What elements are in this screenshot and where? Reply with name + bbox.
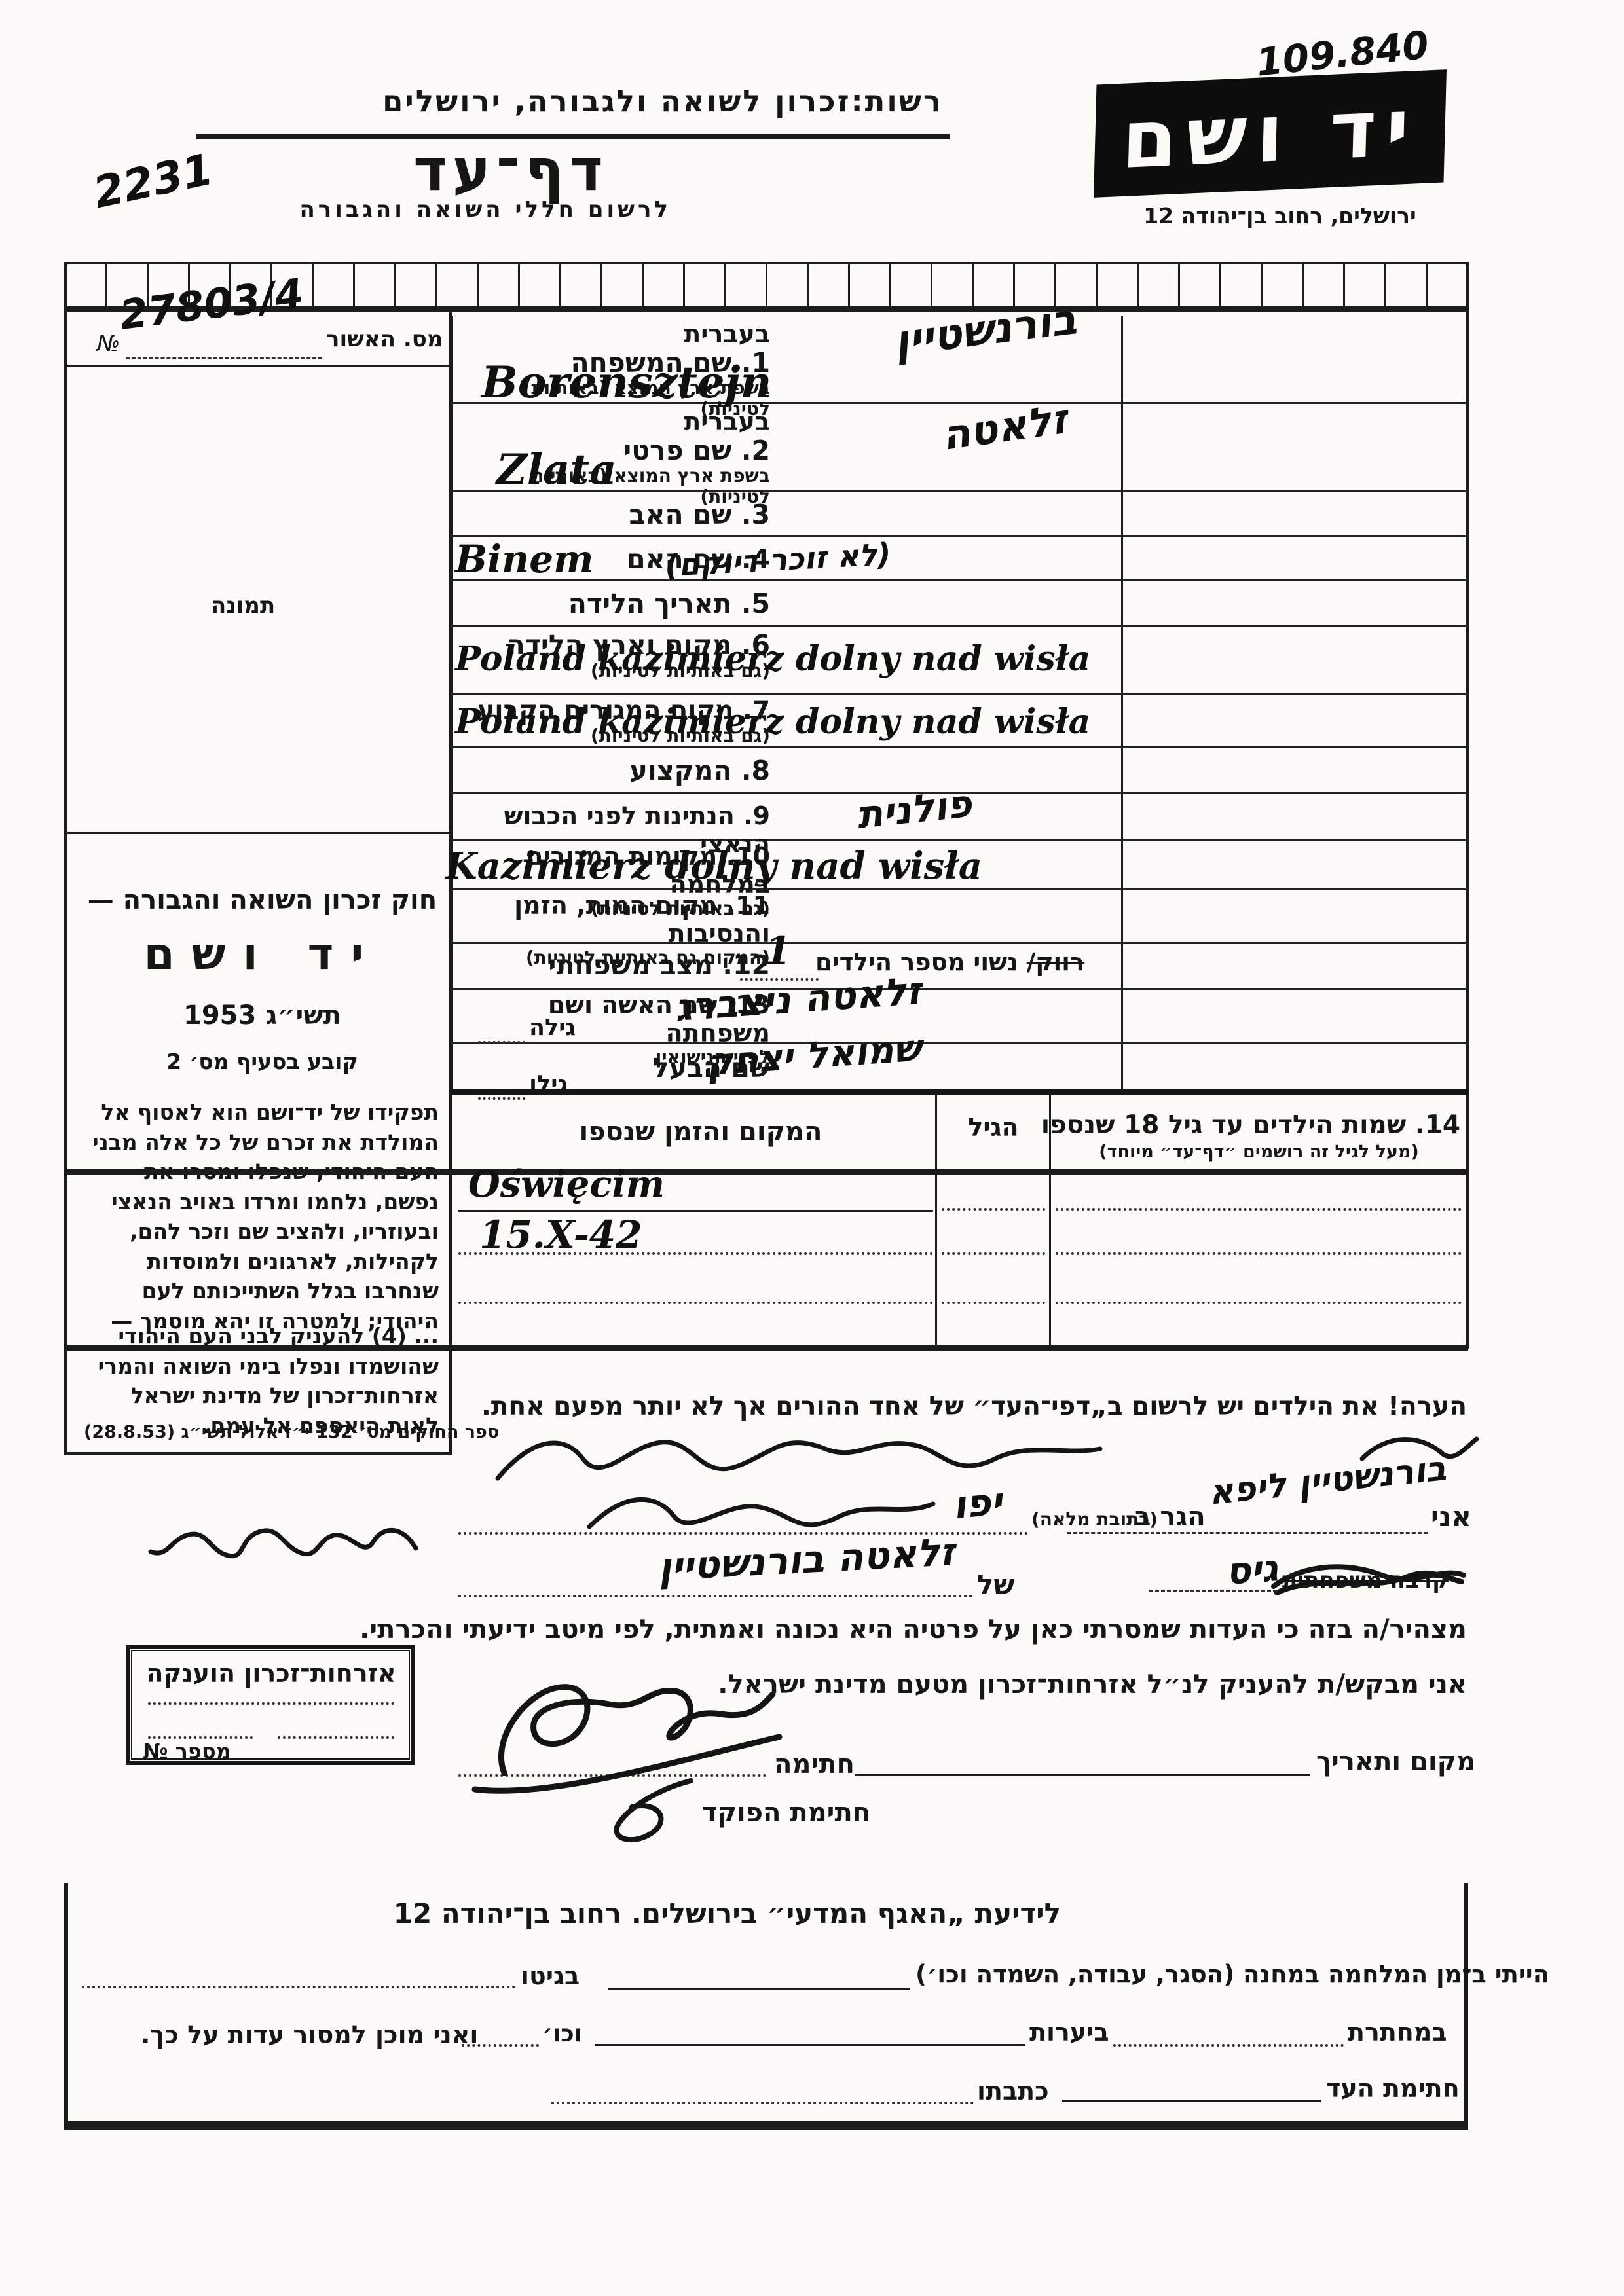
relation-strike-scribble <box>1270 1557 1467 1603</box>
row-given-pre: בעברית <box>458 408 770 436</box>
children-count-handwritten: 1 <box>765 928 791 973</box>
clerk-signature-scribble <box>593 1768 704 1853</box>
victim-name-line <box>458 1595 972 1597</box>
photo-label: תמונה <box>211 592 275 619</box>
memorial-box-line1 <box>148 1702 394 1705</box>
children-row1-name-line <box>1056 1208 1462 1211</box>
declaration-statement: מצהיר/ה בזה כי העדות שמסרתי כאן על פרטיה… <box>458 1614 1467 1645</box>
approval-no-sign: № <box>97 331 120 357</box>
row-birth-date: 5. תאריך הלידה <box>451 581 1468 627</box>
wife-age-label: גילה <box>529 1015 576 1041</box>
children-col-divider-age-left <box>935 1095 937 1349</box>
sidebar-bottom-border <box>64 1452 452 1455</box>
witness-address-line <box>551 2102 974 2104</box>
children-row2-age-line <box>942 1252 1045 1255</box>
child-death-place-handwritten: Oświęcim <box>468 1163 665 1206</box>
corner-number-handwritten: 2231 <box>89 144 217 219</box>
marital-printed: רווק/ נשוי מספר הילדים <box>815 948 1084 976</box>
bottom-title: לידיעת „האגף המדעי״ בירושלים. רחוב בן־יה… <box>419 1897 1061 1929</box>
authority-line: רשות:זכרון לשואה ולגבורה, ירושלים <box>183 84 943 118</box>
law-footnote: ספר החוקים מס׳ 132 י״ז אלול תשי״ג (28.8.… <box>84 1422 499 1442</box>
row-wife: 13. שם האשה ושם משפחתה לפני הנישואין <box>451 990 1468 1044</box>
first-name-latin-handwritten: Zlata <box>496 445 617 494</box>
bottom-box-right-border <box>1464 1883 1468 2129</box>
children-age-header: הגיל <box>938 1113 1048 1142</box>
ready-to-testify: ואני מוכן למסור עדות על כך. <box>141 2020 478 2049</box>
form-left-border <box>64 262 67 1455</box>
bottom-box-left-border <box>64 1883 68 2129</box>
yad-vashem-logo-text: יד ושם <box>1120 81 1420 187</box>
child-death-date-handwritten: 15.X-42 <box>479 1212 642 1257</box>
marital-married: נשוי <box>973 948 1018 976</box>
children-names-subheader: (מעל לגיל זה רושמים ״דף־עד״ מיוחד) <box>1058 1142 1460 1162</box>
residence-handwritten: Poland kazimierz dolny nad wisła <box>455 702 1090 742</box>
address-hint-label: (כתובת מלאה) <box>1031 1508 1158 1530</box>
witness-signature-line <box>1062 2100 1321 2102</box>
row-marital-label: 12. מצב משפחתי <box>458 951 770 981</box>
row-family-pre: בעברית <box>458 320 770 348</box>
children-row3-place-line <box>458 1302 933 1304</box>
row-father-name: 3. שם האב <box>451 492 1468 537</box>
law-clause: קובע בסעיף מס׳ 2 <box>84 1049 441 1074</box>
forests-line <box>595 2044 1025 2046</box>
ghetto-label: בגיטו <box>521 1961 580 1990</box>
memorial-box-title: אזרחות־זכרון הוענקה <box>138 1659 405 1688</box>
memorial-box-number-label: מספר № <box>143 1739 231 1764</box>
law-logo-text: יד ושם <box>84 928 441 980</box>
form-subtitle: לרשום חללי השואה והגבורה <box>357 196 671 223</box>
photo-bottom-border <box>64 832 452 834</box>
bottom-box-bottom-border <box>64 2121 1468 2130</box>
declarant-name-line <box>1067 1532 1428 1534</box>
relation-handwritten: גיס <box>1225 1547 1280 1593</box>
row-death-label: 11. מקום המות, הזמן והנסיבות <box>458 892 770 947</box>
children-header-underline <box>64 1169 1468 1175</box>
row-mother-name: 4. שם האם <box>451 537 1468 581</box>
husband-age-line <box>478 1097 525 1100</box>
clerk-signature-label: חתימת הפוקד <box>702 1798 870 1828</box>
wife-age-line <box>478 1041 525 1044</box>
place-date-label: מקום ותאריך <box>1316 1747 1475 1777</box>
page-of-testimony-scan: 2231 רשות:זכרון לשואה ולגבורה, ירושלים ד… <box>0 0 1624 2296</box>
children-names-header: 14. שמות הילדים עד גיל 18 שנספו <box>1058 1110 1460 1140</box>
children-row1-place-line <box>458 1210 933 1212</box>
address-handwritten: יפו <box>951 1479 1004 1527</box>
etc-label: וכו׳ <box>542 2020 582 2047</box>
husband-age-label: גילו <box>529 1071 568 1097</box>
of-label: של <box>977 1569 1014 1601</box>
relation-line <box>1149 1590 1277 1592</box>
marital-single: רווק/ <box>1027 948 1084 976</box>
children-row3-age-line <box>942 1302 1045 1304</box>
approval-number-label: מס. האשור <box>326 326 443 352</box>
form-title: דף־עד <box>406 136 616 204</box>
children-row2-name-line <box>1056 1252 1462 1255</box>
row-profession-label: 8. המקצוע <box>458 756 770 786</box>
father-name-handwritten: Binem <box>455 537 594 581</box>
camp-label: הייתי בזמן המלחמה במחנה (הסגר, עבודה, הש… <box>915 1960 1549 1988</box>
underground-line <box>1113 2044 1344 2047</box>
family-name-latin-handwritten: Borensztejn <box>481 357 772 408</box>
children-row3-name-line <box>1056 1302 1462 1304</box>
row-husband: שם הבעל <box>451 1044 1468 1095</box>
row-father-label: 3. שם האב <box>458 500 770 530</box>
law-title: חוק זכרון השואה והגבורה — <box>84 885 441 915</box>
witness-address-label: כתבתו <box>977 2077 1049 2105</box>
header-address: ירושלים, רחוב בן־יהודה 12 <box>1095 203 1465 228</box>
note-line: הערה! את הילדים יש לרשום ב„דפי־העד״ של א… <box>458 1392 1467 1421</box>
memorial-box-line2b <box>278 1736 394 1739</box>
children-place-header: המקום והזמן שנספו <box>498 1117 904 1147</box>
underground-label: במחתרת <box>1348 2018 1447 2047</box>
row-death: 11. מקום המות, הזמן והנסיבות (המקום גם ב… <box>451 890 1468 944</box>
war-places-handwritten: Kazimierz dolny nad wisła <box>445 845 982 888</box>
children-bottom-border <box>64 1345 1468 1351</box>
marginal-note-illegible <box>141 1512 429 1575</box>
witness-signature-label: חתימת העד <box>1326 2074 1460 2103</box>
place-date-line <box>855 1774 1310 1776</box>
approval-line <box>126 357 322 359</box>
declarant-i-label: אני <box>1431 1501 1471 1533</box>
children-row1-age-line <box>942 1208 1045 1211</box>
ghetto-line <box>82 1986 515 1988</box>
law-year: תשי״ג 1953 <box>84 1000 441 1030</box>
row-birthdate-label: 5. תאריך הלידה <box>458 589 770 619</box>
yad-vashem-logo: יד ושם <box>1094 69 1447 198</box>
camp-line <box>608 1988 910 1990</box>
approval-strip-bottom <box>64 365 452 367</box>
birth-place-handwritten: Poland kazimierz dolny nad wisła <box>455 639 1090 679</box>
law-paragraph-1: תפקידו של יד־ושם הוא לאסוף אל המולדת את … <box>80 1097 439 1336</box>
forests-label: ביערות <box>1029 2018 1109 2047</box>
